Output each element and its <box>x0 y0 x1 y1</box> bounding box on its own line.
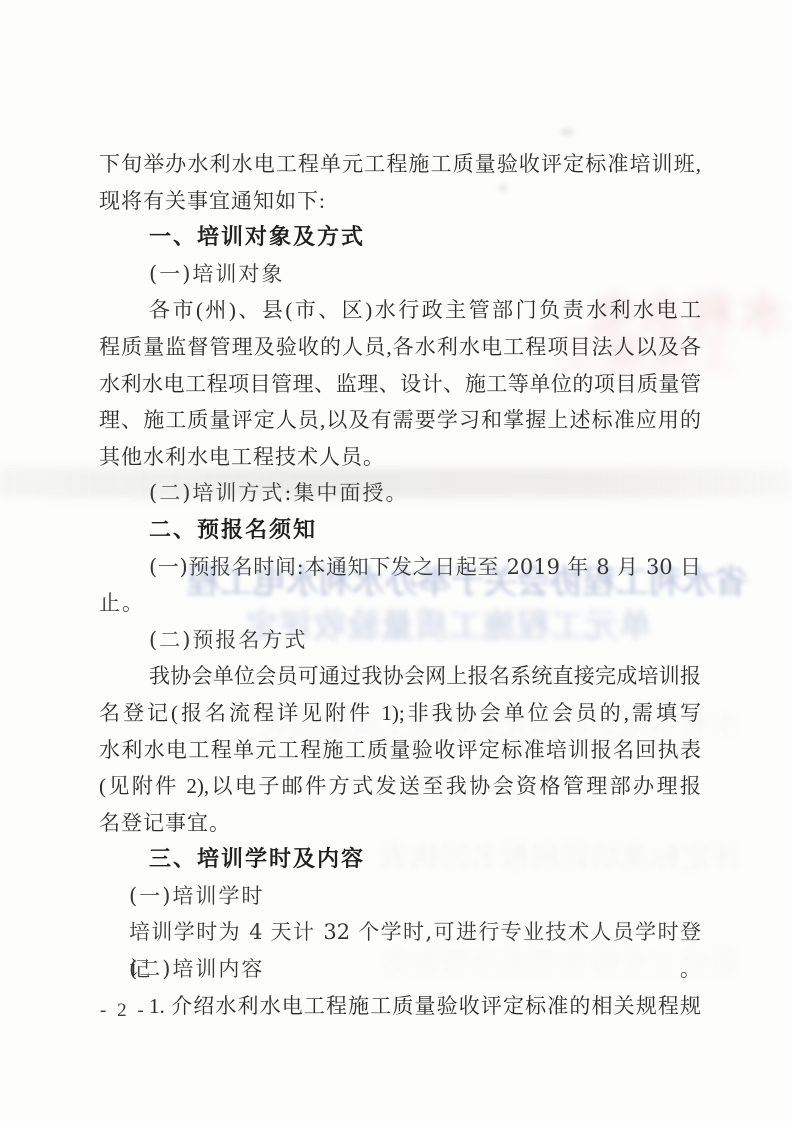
page-number: - 2 - <box>100 1000 147 1022</box>
text-line: 程质量监督管理及验收的人员,各水利水电工程项目法人以及各 <box>99 329 701 366</box>
text-line: 1. 介绍水利水电工程施工质量验收评定标准的相关规程规 <box>99 988 701 1025</box>
text-line: 现将有关事宜通知如下: <box>99 183 701 220</box>
text-line: 下旬举办水利水电工程单元工程施工质量验收评定标准培训班, <box>99 146 701 183</box>
scanned-document-page: 水利水电 工程施工 省水利工程协会关于举办水利水电工程 单元工程施工质量验收评定… <box>0 0 792 1121</box>
text-line: 理、施工质量评定人员,以及有需要学习和掌握上述标准应用的 <box>99 402 701 439</box>
text-line: 二、预报名须知 <box>99 512 701 549</box>
text-line: 水利水电工程项目管理、监理、设计、施工等单位的项目质量管 <box>99 366 701 403</box>
text-line: (一)培训学时 <box>99 878 701 915</box>
text-line: (二)预报名方式 <box>99 622 701 659</box>
text-line: 名登记(报名流程详见附件 1);非我协会单位会员的,需填写 <box>99 695 701 732</box>
text-line: 其他水利水电工程技术人员。 <box>99 439 701 476</box>
text-line: (见附件 2),以电子邮件方式发送至我协会资格管理部办理报 <box>99 768 701 805</box>
text-line: 水利水电工程单元工程施工质量验收评定标准培训报名回执表 <box>99 732 701 769</box>
text-line: 我协会单位会员可通过我协会网上报名系统直接完成培训报 <box>99 658 701 695</box>
text-line: (一)预报名时间:本通知下发之日起至 2019 年 8 月 30 日 <box>99 549 701 586</box>
text-line: 培训学时为 4 天计 32 个学时,可进行专业技术人员学时登记。 <box>99 914 701 951</box>
text-line: (二)培训方式:集中面授。 <box>99 475 701 512</box>
text-line: (一)培训对象 <box>99 256 701 293</box>
text-line: 一、培训对象及方式 <box>99 219 701 256</box>
text-line: 止。 <box>99 585 701 622</box>
text-line: 三、培训学时及内容 <box>99 841 701 878</box>
scan-speck <box>560 128 574 136</box>
text-line: 名登记事宜。 <box>99 805 701 842</box>
document-body: 下旬举办水利水电工程单元工程施工质量验收评定标准培训班,现将有关事宜通知如下:一… <box>99 146 701 1024</box>
text-line: 各市(州)、县(市、区)水行政主管部门负责水利水电工 <box>99 292 701 329</box>
